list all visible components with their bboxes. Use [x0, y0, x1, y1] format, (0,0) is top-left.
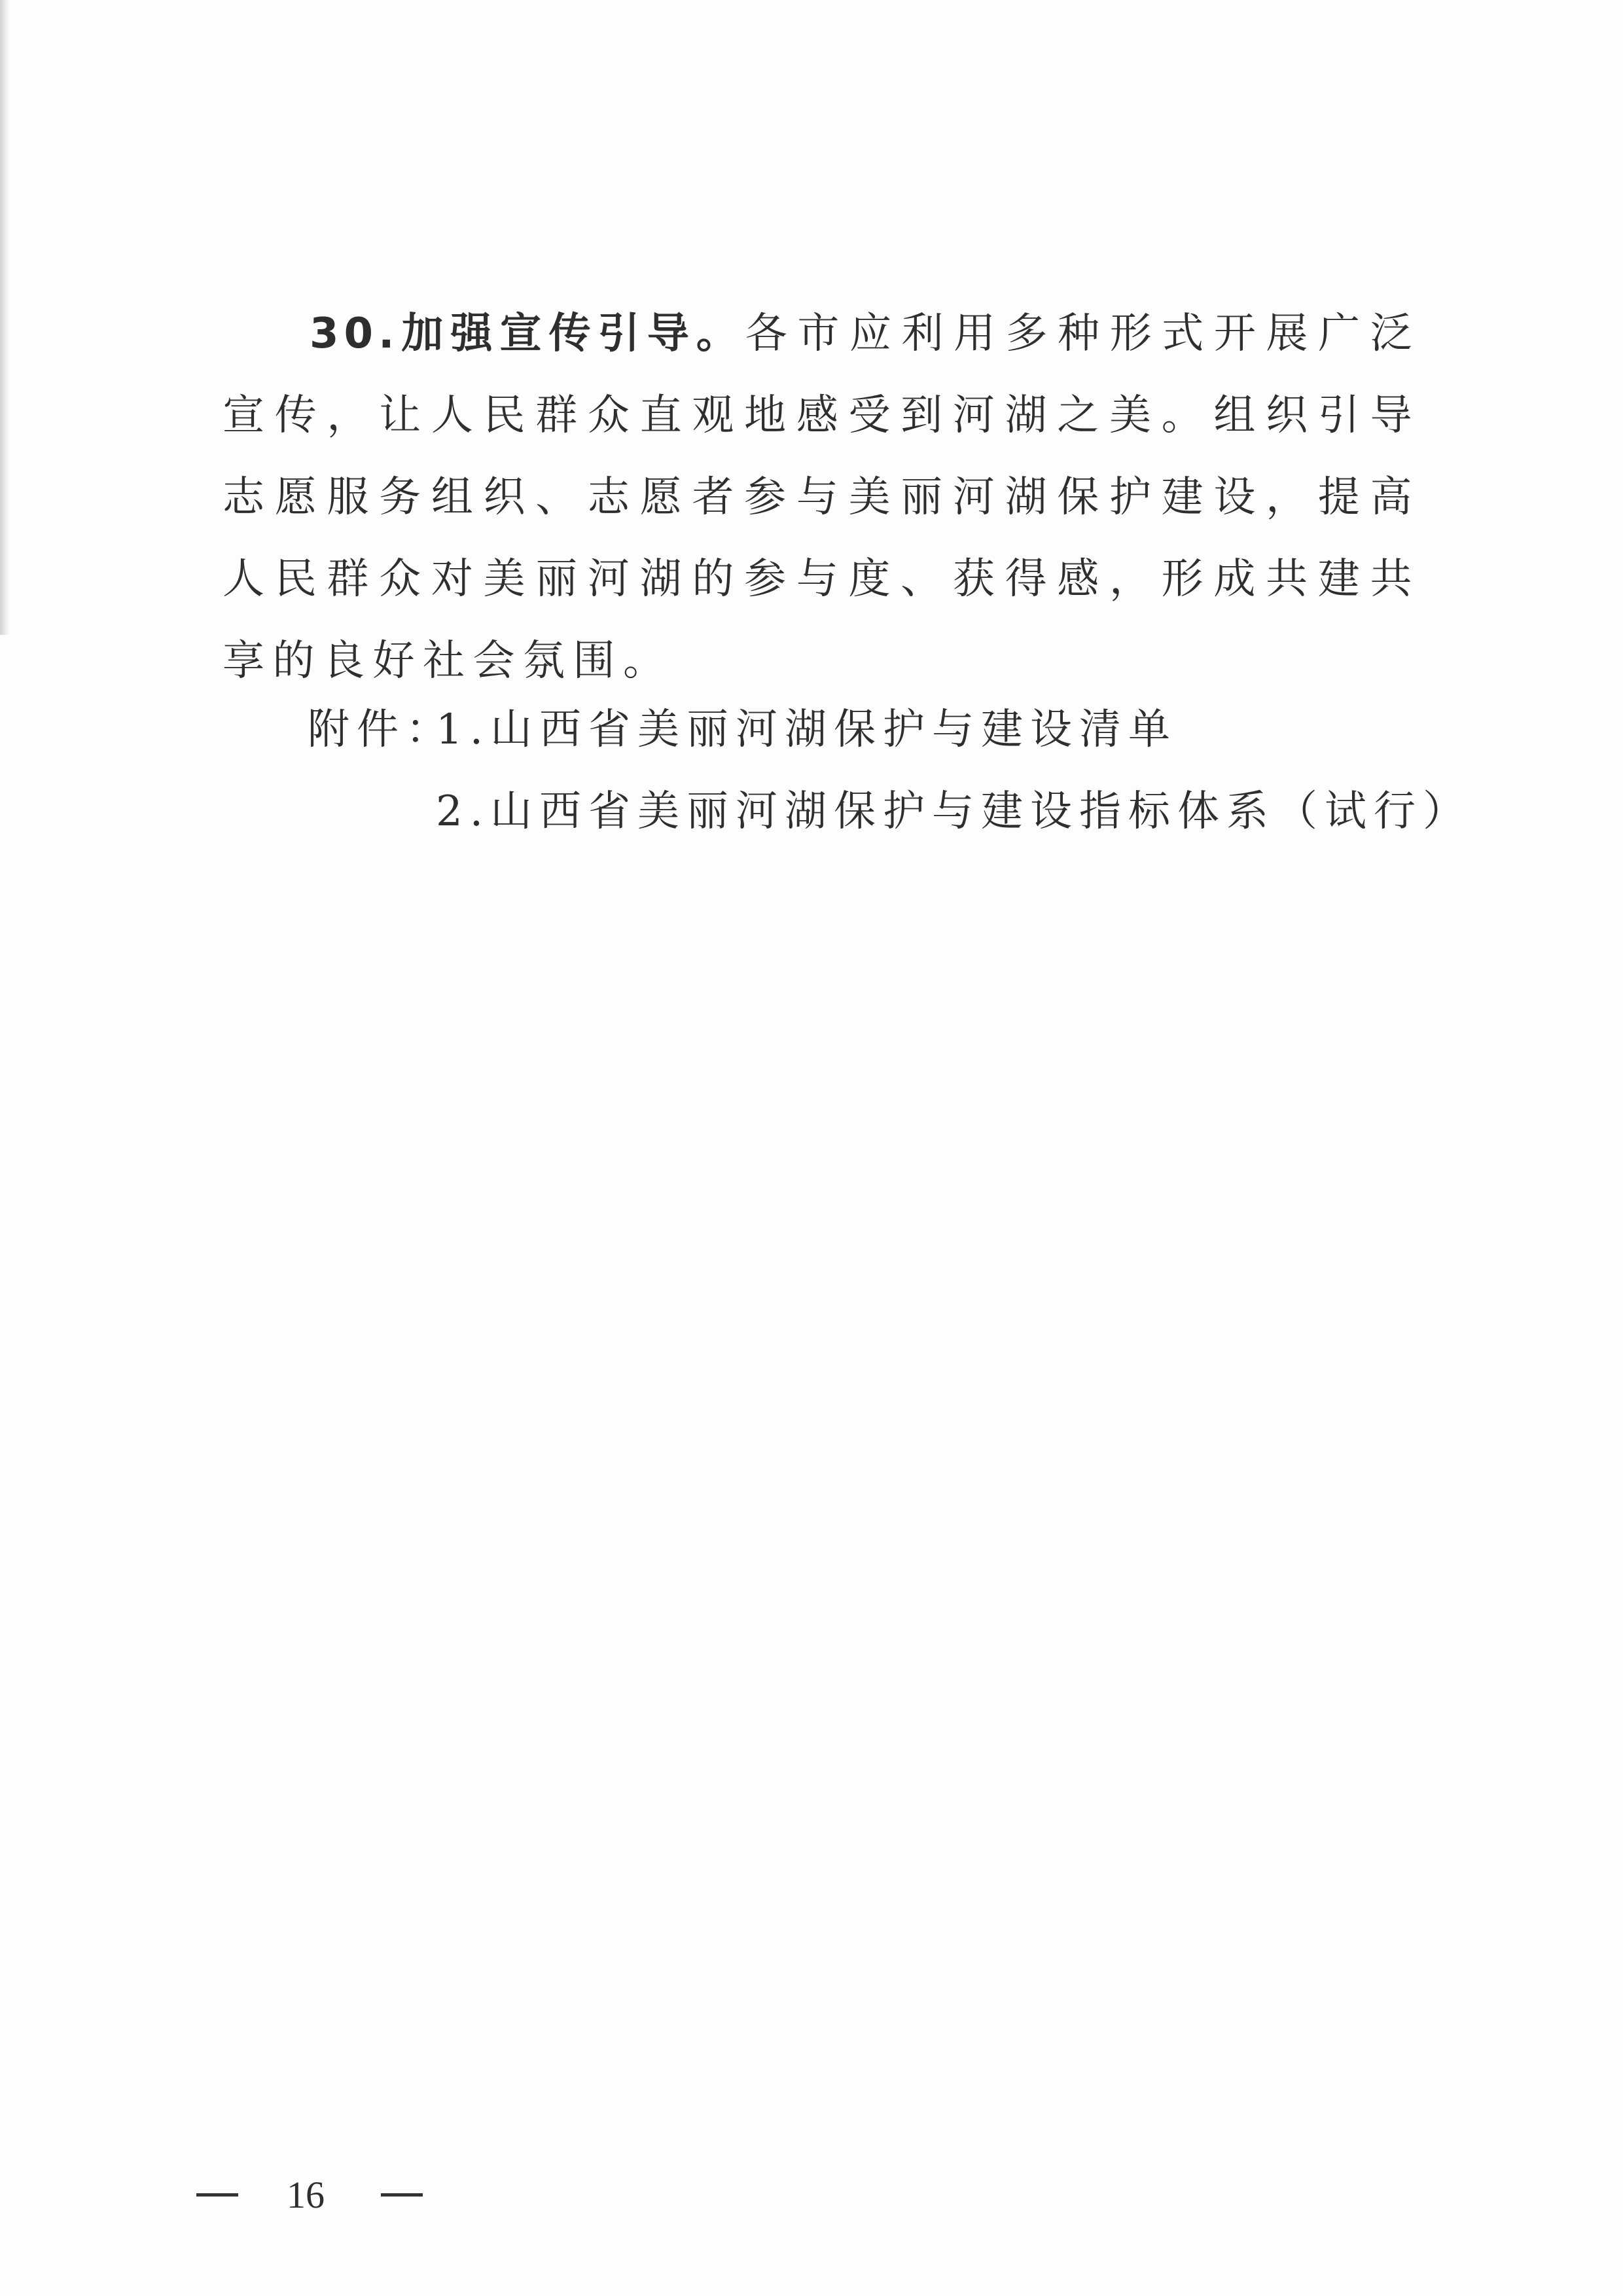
- paragraph-body: 各市应利用多种形式开展广泛宣传，让人民群众直观地感受到河湖之美。组织引导志愿服务…: [223, 310, 1420, 685]
- page-number: 16: [287, 2173, 325, 2217]
- attachment-title: 2.山西省美丽河湖保护与建设指标体系（试行）: [436, 771, 1472, 853]
- attachments-label: 附件：: [308, 689, 436, 771]
- attachments-label-spacer: [308, 771, 436, 853]
- attachment-item: 附件： 1.山西省美丽河湖保护与建设清单: [308, 689, 1472, 771]
- attachment-item: 2.山西省美丽河湖保护与建设指标体系（试行）: [308, 771, 1472, 853]
- attachment-title: 1.山西省美丽河湖保护与建设清单: [436, 689, 1177, 771]
- attachments-list: 附件： 1.山西省美丽河湖保护与建设清单 2.山西省美丽河湖保护与建设指标体系（…: [308, 689, 1472, 853]
- dash-right: [381, 2193, 423, 2197]
- scan-edge-shadow: [0, 0, 9, 635]
- paragraph-heading: 30.加强宣传引导。: [310, 310, 745, 358]
- paragraph-30: 30.加强宣传引导。各市应利用多种形式开展广泛宣传，让人民群众直观地感受到河湖之…: [223, 293, 1420, 702]
- page-footer: 16: [196, 2173, 423, 2217]
- dash-left: [196, 2193, 238, 2197]
